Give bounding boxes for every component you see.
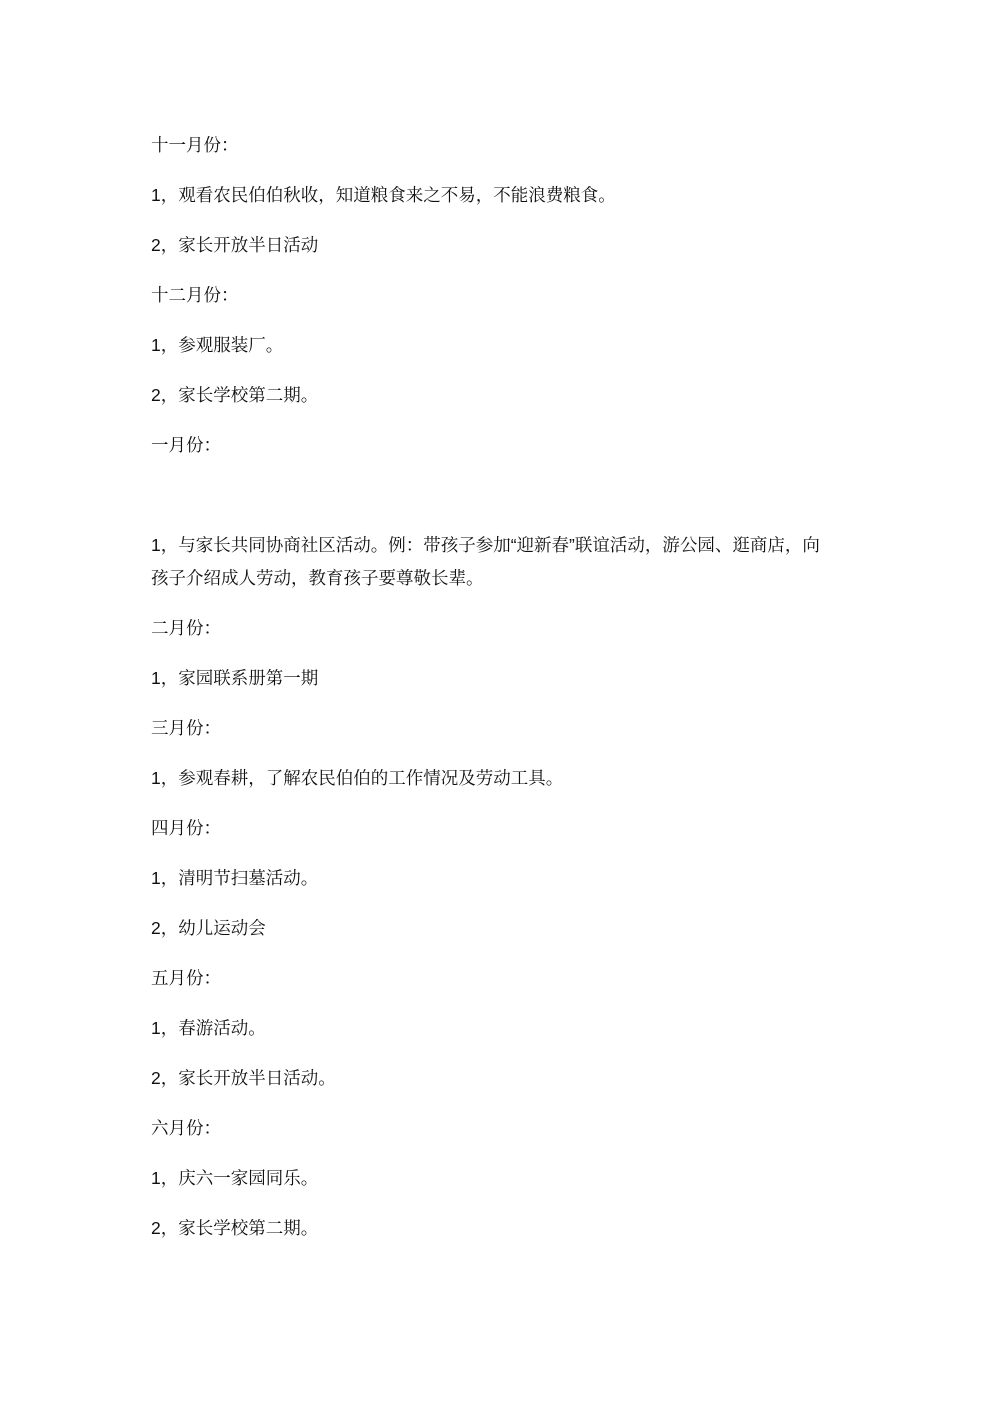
paragraph: 一月份： (151, 429, 833, 462)
paragraph: 2，家长学校第二期。 (151, 379, 833, 412)
paragraph: 2，家长学校第二期。 (151, 1212, 833, 1245)
paragraph: 1，清明节扫墓活动。 (151, 862, 833, 895)
paragraph: 四月份： (151, 812, 833, 845)
paragraph: 2，家长开放半日活动。 (151, 1062, 833, 1095)
paragraph: 1，与家长共同协商社区活动。例：带孩子参加“迎新春”联谊活动，游公园、逛商店，向… (151, 529, 833, 595)
empty-paragraph (151, 479, 833, 512)
paragraph: 1，春游活动。 (151, 1012, 833, 1045)
paragraph: 1，参观春耕，了解农民伯伯的工作情况及劳动工具。 (151, 762, 833, 795)
paragraph: 二月份： (151, 612, 833, 645)
paragraph: 1，家园联系册第一期 (151, 662, 833, 695)
paragraph: 1，庆六一家园同乐。 (151, 1162, 833, 1195)
paragraph: 三月份： (151, 712, 833, 745)
paragraph: 五月份： (151, 962, 833, 995)
document-body-text: 十一月份：1，观看农民伯伯秋收，知道粮食来之不易，不能浪费粮食。2，家长开放半日… (151, 129, 833, 1262)
paragraph: 十一月份： (151, 129, 833, 162)
paragraph: 1，观看农民伯伯秋收，知道粮食来之不易，不能浪费粮食。 (151, 179, 833, 212)
paragraph: 十二月份： (151, 279, 833, 312)
paragraph: 2，幼儿运动会 (151, 912, 833, 945)
paragraph: 1，参观服装厂。 (151, 329, 833, 362)
document-page: 十一月份：1，观看农民伯伯秋收，知道粮食来之不易，不能浪费粮食。2，家长开放半日… (0, 0, 1000, 1415)
paragraph: 2，家长开放半日活动 (151, 229, 833, 262)
paragraph: 六月份： (151, 1112, 833, 1145)
